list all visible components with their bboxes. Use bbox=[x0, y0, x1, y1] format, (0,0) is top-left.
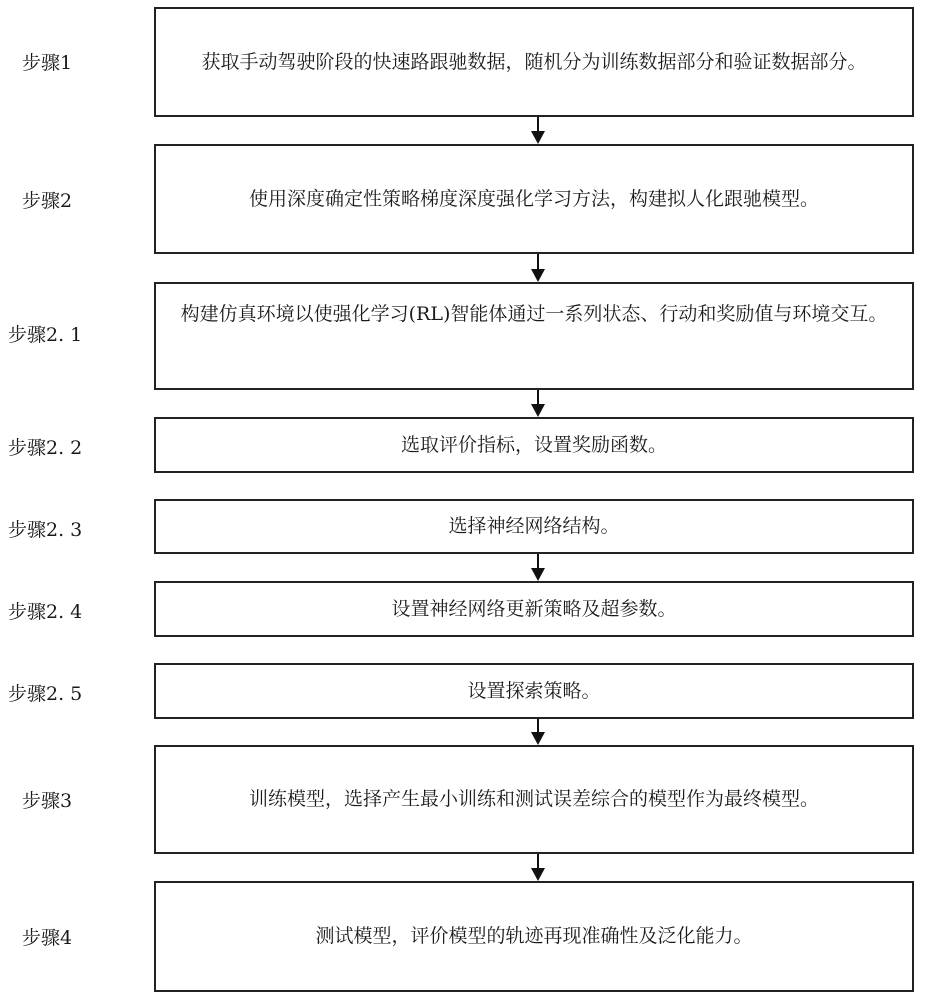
step-label-3: 步骤3 bbox=[22, 786, 72, 813]
step-label-1: 步骤1 bbox=[22, 48, 72, 75]
step-box-4: 测试模型，评价模型的轨迹再现准确性及泛化能力。 bbox=[154, 881, 914, 992]
step-label-2: 步骤2 bbox=[22, 186, 72, 213]
step-text-2-5: 设置探索策略。 bbox=[447, 675, 620, 708]
step-text-3: 训练模型，选择产生最小训练和测试误差综合的模型作为最终模型。 bbox=[229, 783, 839, 816]
step-text-4: 测试模型，评价模型的轨迹再现准确性及泛化能力。 bbox=[295, 920, 772, 953]
step-text-1: 获取手动驾驶阶段的快速路跟驰数据，随机分为训练数据部分和验证数据部分。 bbox=[181, 46, 886, 79]
step-box-2-4: 设置神经网络更新策略及超参数。 bbox=[154, 581, 914, 637]
step-text-2-2: 选取评价指标，设置奖励函数。 bbox=[381, 429, 687, 462]
step-box-2-2: 选取评价指标，设置奖励函数。 bbox=[154, 417, 914, 473]
arrow-step2-5-to-step3 bbox=[531, 719, 546, 745]
step-text-2-1: 构建仿真环境以使强化学习(RL)智能体通过一系列状态、行动和奖励值与环境交互。 bbox=[161, 284, 908, 331]
arrow-step2-1-to-step2-2 bbox=[531, 390, 546, 417]
arrow-step3-to-step4 bbox=[531, 854, 546, 881]
arrow-step1-to-step2 bbox=[531, 117, 546, 144]
step-box-2-1: 构建仿真环境以使强化学习(RL)智能体通过一系列状态、行动和奖励值与环境交互。 bbox=[154, 282, 914, 390]
step-box-2-3: 选择神经网络结构。 bbox=[154, 499, 914, 554]
step-label-4: 步骤4 bbox=[22, 923, 72, 950]
step-text-2-3: 选择神经网络结构。 bbox=[428, 510, 639, 543]
arrow-step2-to-step2-1 bbox=[531, 254, 546, 282]
step-box-1: 获取手动驾驶阶段的快速路跟驰数据，随机分为训练数据部分和验证数据部分。 bbox=[154, 7, 914, 117]
step-box-2-5: 设置探索策略。 bbox=[154, 663, 914, 719]
step-label-2-2: 步骤2. 2 bbox=[8, 433, 82, 460]
step-box-3: 训练模型，选择产生最小训练和测试误差综合的模型作为最终模型。 bbox=[154, 745, 914, 854]
step-text-2: 使用深度确定性策略梯度深度强化学习方法，构建拟人化跟驰模型。 bbox=[229, 183, 839, 216]
arrow-step2-3-to-step2-4 bbox=[531, 554, 546, 581]
step-label-2-1: 步骤2. 1 bbox=[8, 320, 82, 347]
step-label-2-4: 步骤2. 4 bbox=[8, 597, 82, 624]
step-text-2-4: 设置神经网络更新策略及超参数。 bbox=[371, 593, 696, 626]
step-box-2: 使用深度确定性策略梯度深度强化学习方法，构建拟人化跟驰模型。 bbox=[154, 144, 914, 254]
step-label-2-3: 步骤2. 3 bbox=[8, 515, 82, 542]
step-label-2-5: 步骤2. 5 bbox=[8, 679, 82, 706]
